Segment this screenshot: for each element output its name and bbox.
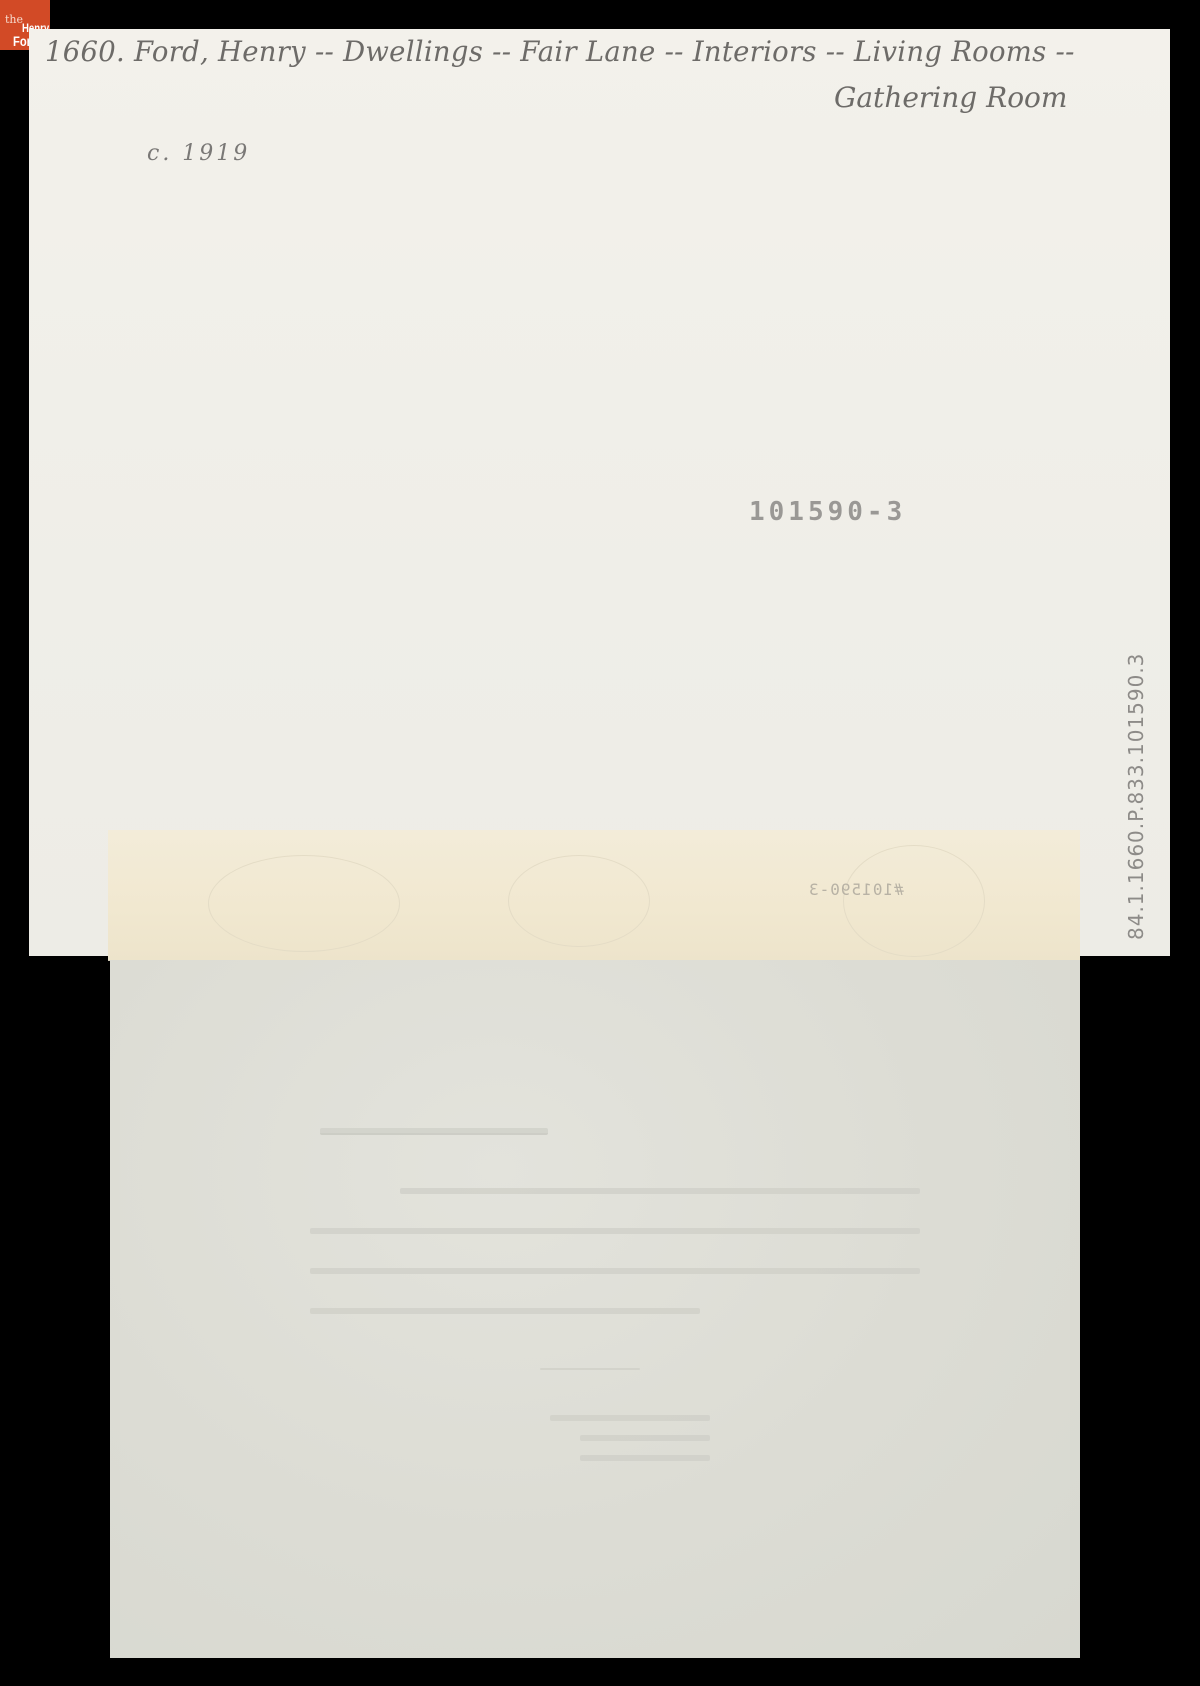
tape-stain-ring <box>508 855 650 947</box>
handwritten-date: c. 1919 <box>147 141 250 166</box>
handwritten-caption-line1: 1660. Ford, Henry -- Dwellings -- Fair L… <box>45 35 1075 68</box>
bleedthrough-heading <box>320 1128 548 1135</box>
bleedthrough-text-line <box>310 1308 700 1314</box>
bleedthrough-signature-line <box>580 1455 710 1461</box>
bleedthrough-signature-line <box>550 1415 710 1421</box>
bleedthrough-signature-line <box>580 1435 710 1441</box>
tissue-overlay-sheet <box>110 960 1080 1658</box>
tape-stain-ring <box>208 855 400 952</box>
bleedthrough-text-line <box>310 1228 920 1234</box>
accession-number: 84.1.1660.P.833.101590.3 <box>1124 653 1148 940</box>
bleedthrough-text-line <box>310 1268 920 1274</box>
bleedthrough-divider <box>540 1368 640 1370</box>
handwritten-caption-line2: Gathering Room <box>834 81 1067 114</box>
tape-stain-ring <box>843 845 985 957</box>
mirrored-stamp-number: #101590-3 <box>808 880 904 899</box>
logo-text-the: the <box>5 14 23 25</box>
bleedthrough-text-line <box>400 1188 920 1194</box>
hinge-tape: #101590-3 <box>108 830 1080 960</box>
faint-erased-note <box>77 801 84 826</box>
photograph-back: 1660. Ford, Henry -- Dwellings -- Fair L… <box>29 29 1170 956</box>
stamped-negative-number: 101590-3 <box>749 497 906 527</box>
